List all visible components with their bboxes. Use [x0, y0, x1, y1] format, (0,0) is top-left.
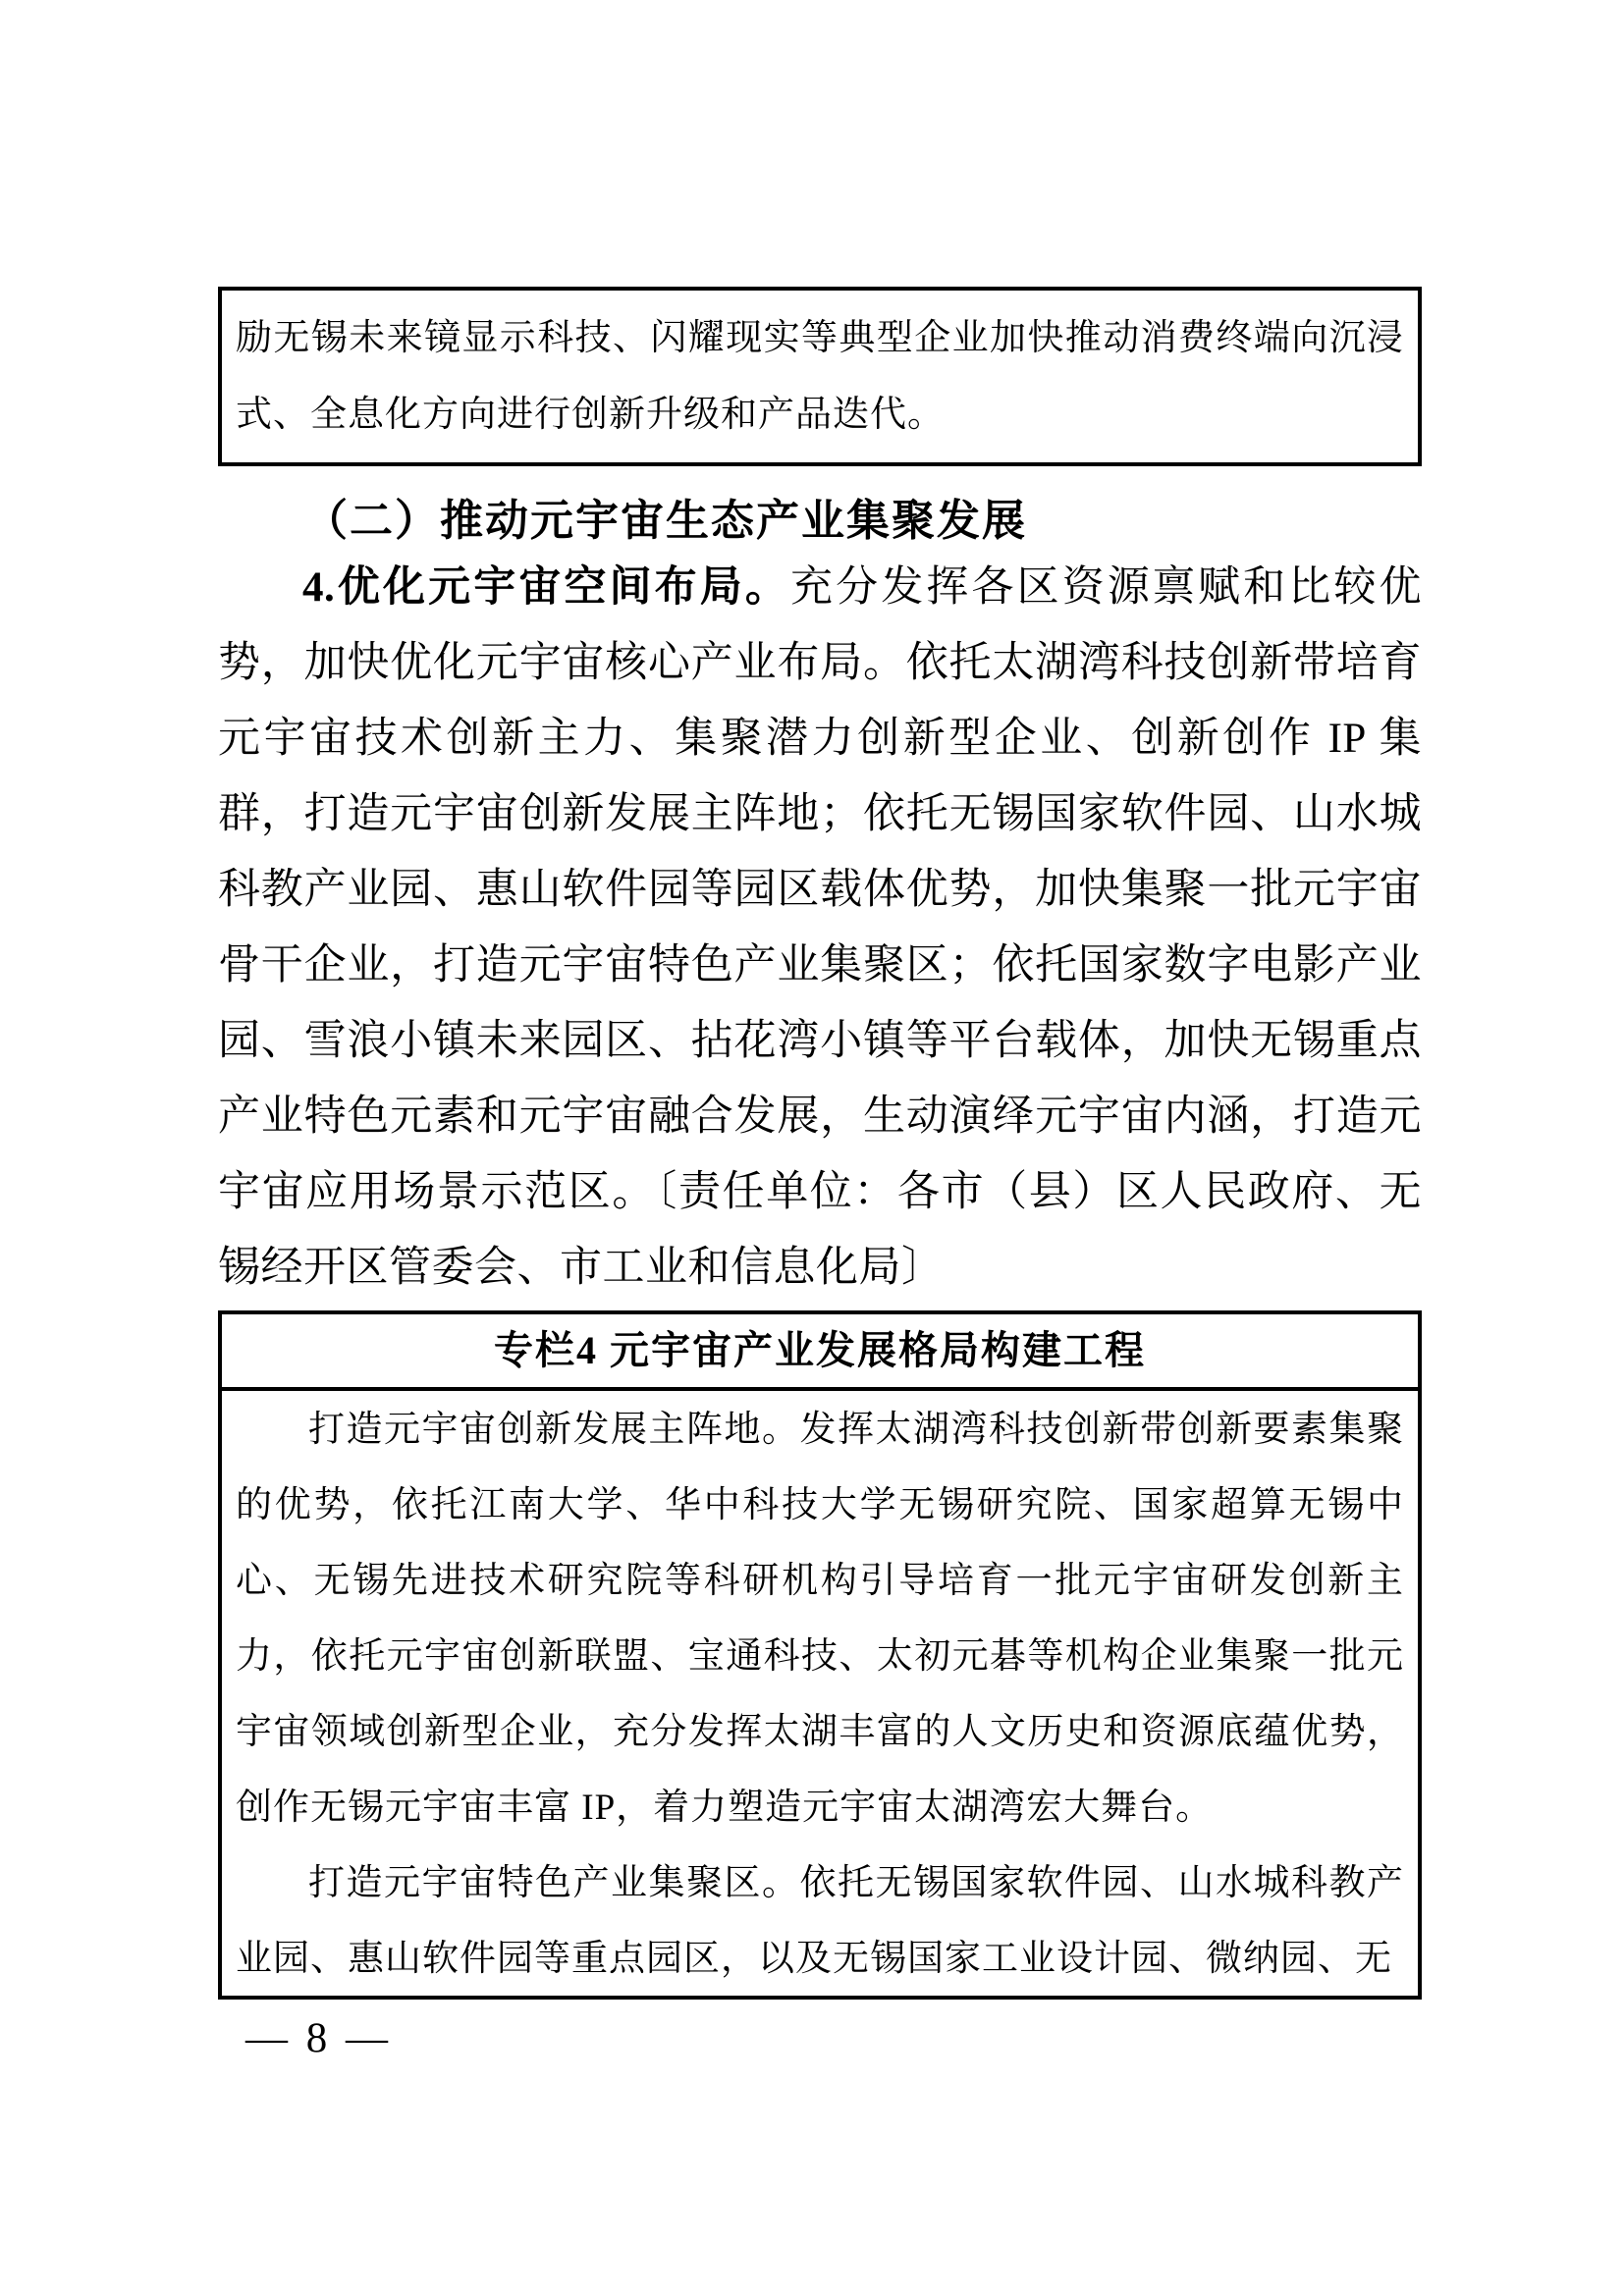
column-box-title: 专栏4 元宇宙产业发展格局构建工程 — [222, 1314, 1418, 1391]
paragraph-body-text: 充分发挥各区资源禀赋和比较优势，加快优化元宇宙核心产业布局。依托太湖湾科技创新带… — [218, 564, 1422, 1291]
paragraph-bold-lead: 4.优化元宇宙空间布局。 — [302, 564, 790, 611]
section-heading: （二）推动元宇宙生态产业集聚发展 — [218, 489, 1422, 554]
panel-box-continued-text: 励无锡未来镜显示科技、闪耀现实等典型企业加快推动消费终端向沉浸式、全息化方向进行… — [236, 300, 1404, 454]
page-number: — 8 — — [245, 2014, 392, 2062]
column-box: 专栏4 元宇宙产业发展格局构建工程 打造元宇宙创新发展主阵地。发挥太湖湾科技创新… — [218, 1310, 1422, 2000]
document-page: 励无锡未来镜显示科技、闪耀现实等典型企业加快推动消费终端向沉浸式、全息化方向进行… — [0, 0, 1624, 2296]
column-box-body: 打造元宇宙创新发展主阵地。发挥太湖湾科技创新带创新要素集聚的优势，依托江南大学、… — [222, 1391, 1418, 1997]
column-box-paragraph-1: 打造元宇宙创新发展主阵地。发挥太湖湾科技创新带创新要素集聚的优势，依托江南大学、… — [236, 1392, 1404, 1845]
column-box-paragraph-2: 打造元宇宙特色产业集聚区。依托无锡国家软件园、山水城科教产业园、惠山软件园等重点… — [236, 1845, 1404, 1997]
panel-box-continued: 励无锡未来镜显示科技、闪耀现实等典型企业加快推动消费终端向沉浸式、全息化方向进行… — [218, 287, 1422, 466]
body-paragraph: 4.优化元宇宙空间布局。充分发挥各区资源禀赋和比较优势，加快优化元宇宙核心产业布… — [218, 550, 1422, 1306]
